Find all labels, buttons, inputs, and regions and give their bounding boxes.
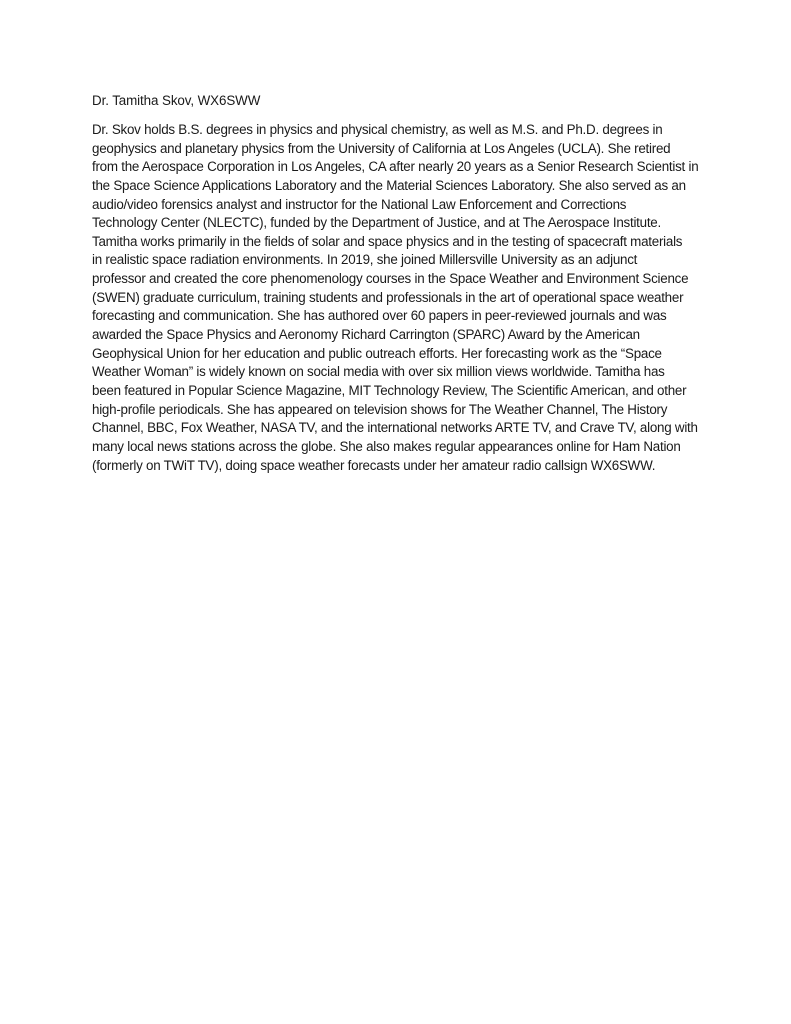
bio-line: forecasting and communication. She has a… [92,307,702,326]
bio-line: Tamitha works primarily in the fields of… [92,233,702,252]
bio-line: Weather Woman” is widely known on social… [92,363,702,382]
bio-line: high-profile periodicals. She has appear… [92,401,702,420]
bio-line: from the Aerospace Corporation in Los An… [92,158,702,177]
bio-paragraph: Dr. Skov holds B.S. degrees in physics a… [92,121,702,475]
bio-line: Technology Center (NLECTC), funded by th… [92,214,702,233]
bio-line: in realistic space radiation environment… [92,251,702,270]
document-title: Dr. Tamitha Skov, WX6SWW [92,92,260,110]
bio-line: awarded the Space Physics and Aeronomy R… [92,326,702,345]
bio-line: been featured in Popular Science Magazin… [92,382,702,401]
bio-line: the Space Science Applications Laborator… [92,177,702,196]
bio-line: Channel, BBC, Fox Weather, NASA TV, and … [92,419,702,438]
bio-line: professor and created the core phenomeno… [92,270,702,289]
bio-line: Geophysical Union for her education and … [92,345,702,364]
bio-line: (formerly on TWiT TV), doing space weath… [92,457,702,476]
document-page: Dr. Tamitha Skov, WX6SWW Dr. Skov holds … [0,0,791,1024]
bio-line: geophysics and planetary physics from th… [92,140,702,159]
bio-line: Dr. Skov holds B.S. degrees in physics a… [92,121,702,140]
bio-line: many local news stations across the glob… [92,438,702,457]
bio-line: (SWEN) graduate curriculum, training stu… [92,289,702,308]
bio-line: audio/video forensics analyst and instru… [92,196,702,215]
